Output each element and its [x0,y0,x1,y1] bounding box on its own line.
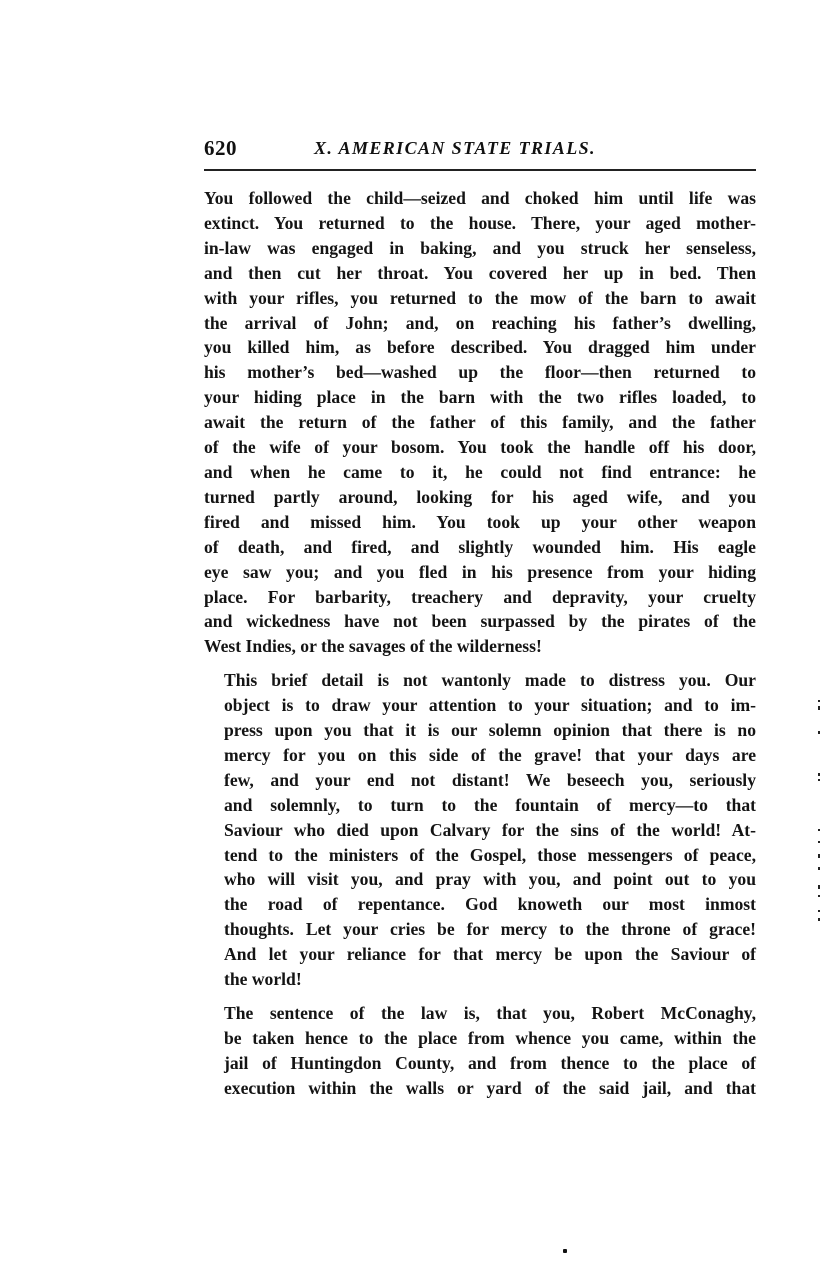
text-line: eye saw you; and you fled in his presenc… [204,560,756,585]
text-line: the road of repentance. God knoweth our … [204,892,756,917]
scan-margin-marks [818,700,822,960]
paragraph-1: You followed the child—seized and choked… [204,186,756,659]
text-line: of the wife of your bosom. You took the … [204,435,756,460]
text-line: The sentence of the law is, that you, Ro… [204,1001,756,1026]
text-line: and solemnly, to turn to the fountain of… [204,793,756,818]
body-text: You followed the child—seized and choked… [204,186,756,1101]
text-line: extinct. You returned to the house. Ther… [204,211,756,236]
text-line: jail of Huntingdon County, and from then… [204,1051,756,1076]
text-line: press upon you that it is our solemn opi… [204,718,756,743]
scan-speck [818,854,820,858]
scan-speck [563,1249,567,1253]
scan-speck [818,706,820,710]
text-line: await the return of the father of this f… [204,410,756,435]
paragraph-2: This brief detail is not wantonly made t… [204,668,756,992]
page-number: 620 [204,136,237,161]
text-line: few, and your end not distant! We beseec… [204,768,756,793]
scan-speck [818,895,820,897]
text-line: your hiding place in the barn with the t… [204,385,756,410]
scan-speck [818,867,820,870]
text-line: be taken hence to the place from whence … [204,1026,756,1051]
text-line: who will visit you, and pray with you, a… [204,867,756,892]
text-line: you killed him, as before described. You… [204,335,756,360]
text-line: in-law was engaged in baking, and you st… [204,236,756,261]
text-line: execution within the walls or yard of th… [204,1076,756,1101]
text-line: of death, and fired, and slightly wounde… [204,535,756,560]
text-line: fired and missed him. You took up your o… [204,510,756,535]
text-line: and then cut her throat. You covered her… [204,261,756,286]
text-line: the arrival of John; and, on reaching hi… [204,311,756,336]
scan-speck [818,841,820,843]
text-line: mercy for you on this side of the grave!… [204,743,756,768]
scan-speck [818,773,820,776]
text-line: his mother’s bed—washed up the floor—the… [204,360,756,385]
header-rule [204,169,756,171]
text-line: Saviour who died upon Calvary for the si… [204,818,756,843]
text-line: the world! [204,967,756,992]
text-line: thoughts. Let your cries be for mercy to… [204,917,756,942]
text-line: and when he came to it, he could not fin… [204,460,756,485]
text-line: You followed the child—seized and choked… [204,186,756,211]
scan-speck [818,731,820,734]
text-line: and wickedness have not been surpassed b… [204,609,756,634]
scan-speck [818,910,820,912]
text-line: This brief detail is not wantonly made t… [204,668,756,693]
text-line: object is to draw your attention to your… [204,693,756,718]
text-line: turned partly around, looking for his ag… [204,485,756,510]
text-line: And let your reliance for that mercy be … [204,942,756,967]
text-line: tend to the ministers of the Gospel, tho… [204,843,756,868]
scan-speck [818,829,820,831]
paragraph-3: The sentence of the law is, that you, Ro… [204,1001,756,1101]
scan-speck [818,700,820,702]
text-line: West Indies, or the savages of the wilde… [204,634,756,659]
running-title: X. AMERICAN STATE TRIALS. [314,138,596,159]
book-page: 620 X. AMERICAN STATE TRIALS. You follow… [204,132,756,168]
scan-speck [818,885,820,889]
scan-speck [818,779,820,781]
scan-speck [818,918,820,921]
text-line: place. For barbarity, treachery and depr… [204,585,756,610]
text-line: with your rifles, you returned to the mo… [204,286,756,311]
running-head: 620 X. AMERICAN STATE TRIALS. [204,132,756,168]
